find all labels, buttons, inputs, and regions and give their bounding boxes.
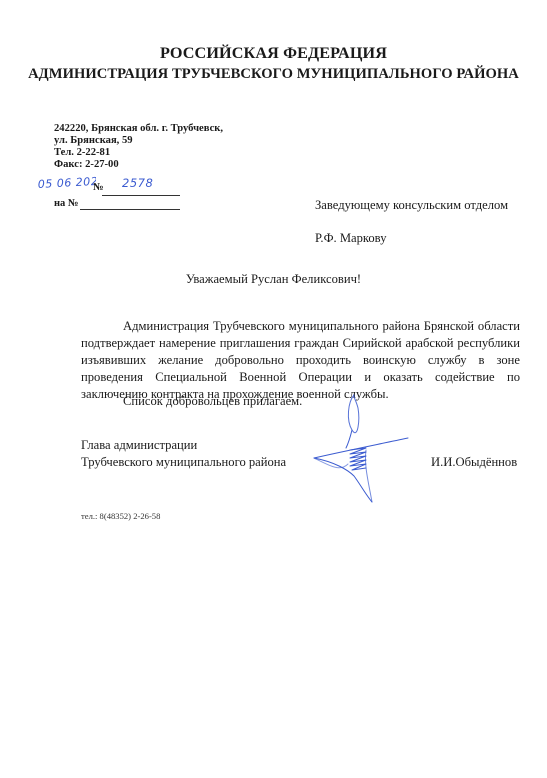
signer-name: И.И.Обыдённов [431,455,517,470]
body-paragraph-1-text: Администрация Трубчевского муниципальног… [81,319,520,401]
handwritten-signature-icon [310,390,420,510]
sender-phone: Тел. 2-22-81 [54,147,110,159]
reply-to-number-underline [80,209,180,210]
handwritten-number: 2578 [122,176,153,190]
sender-fax: Факс: 2-27-00 [54,159,119,171]
header-country: РОССИЙСКАЯ ФЕДЕРАЦИЯ [0,44,547,63]
body-paragraph-2: Список добровольцев прилагаем. [123,394,302,409]
header-organization: АДМИНИСТРАЦИЯ ТРУБЧЕВСКОГО МУНИЦИПАЛЬНОГ… [0,66,547,83]
signer-title-line1: Глава администрации [81,438,197,453]
signer-title-line2: Трубчевского муниципального района [81,455,286,470]
recipient-name: Р.Ф. Маркову [315,231,387,246]
svg-text:05 06 2024: 05 06 2024 [38,176,96,191]
handwritten-date-ink-icon: 05 06 2024 [38,176,96,194]
footer-contact-phone: тел.: 8(48352) 2-26-58 [81,511,160,521]
sender-address-line1: 242220, Брянская обл. г. Трубчевск, [54,123,223,135]
handwritten-date: 05 06 2024 [38,176,96,197]
letter-page: РОССИЙСКАЯ ФЕДЕРАЦИЯ АДМИНИСТРАЦИЯ ТРУБЧ… [0,0,547,778]
reply-to-number-label: на № [54,198,78,209]
greeting: Уважаемый Руслан Феликсович! [0,272,547,287]
sender-address-line2: ул. Брянская, 59 [54,135,133,147]
recipient-position: Заведующему консульским отделом [315,198,508,213]
outgoing-number-label: № [93,182,104,193]
body-paragraph-1: Администрация Трубчевского муниципальног… [81,318,520,403]
outgoing-number-underline [102,195,180,196]
